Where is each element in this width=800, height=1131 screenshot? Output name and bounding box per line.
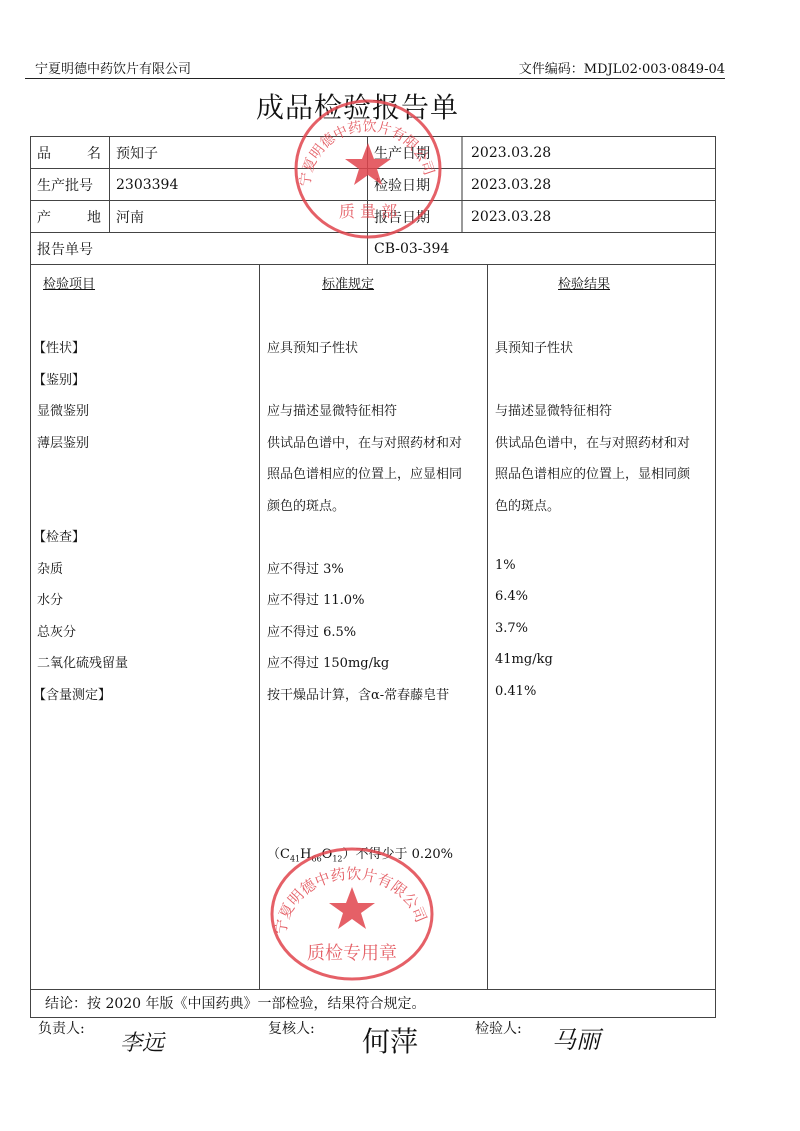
result-text: 1% <box>495 558 516 573</box>
standard-text: 应不得过 11.0% <box>267 589 364 608</box>
report-date-label: 报告日期 <box>367 201 461 232</box>
conclusion: 结论：按 2020 年版《中国药典》一部检验，结果符合规定。 <box>31 989 715 1016</box>
test-item: 【检查】 <box>33 526 85 545</box>
formula-o-sub: 12 <box>332 855 342 864</box>
result-text: 3.7% <box>495 621 528 636</box>
origin-label-a: 产 <box>37 207 51 227</box>
result-text: 与描述显微特征相符 <box>495 400 612 419</box>
report-number-label: 报告单号 <box>31 233 367 264</box>
result-text: 供试品色谱中，在与对照药材和对 <box>495 432 690 451</box>
assay-formula: （C41H66O12）不得少于 0.20% <box>267 843 453 864</box>
test-item: 【鉴别】 <box>33 369 85 388</box>
standard-text: 应不得过 150mg/kg <box>267 652 389 671</box>
info-row-batch: 生产批号 2303394 检验日期 2023.03.28 <box>31 169 715 201</box>
standard-text: 照品色谱相应的位置上，应显相同 <box>267 463 462 482</box>
result-text: 照品色谱相应的位置上，显相同颜 <box>495 463 690 482</box>
result-text: 色的斑点。 <box>495 495 560 514</box>
item-column-header: 检验项目 <box>43 273 95 292</box>
info-row-report-no: 报告单号 CB-03-394 <box>31 233 715 265</box>
formula-h-sub: 66 <box>311 855 321 864</box>
responsible-signature: 李远 <box>120 1026 164 1057</box>
responsible-label: 负责人: <box>38 1018 85 1038</box>
standard-column-header: 标准规定 <box>322 273 374 292</box>
origin-label: 产 地 <box>31 201 109 232</box>
report-number-value: CB-03-394 <box>367 233 715 264</box>
origin-label-b: 地 <box>87 207 101 227</box>
result-text: 具预知子性状 <box>495 337 573 356</box>
test-item: 【性状】 <box>33 337 85 356</box>
formula-o: O <box>322 847 333 862</box>
batch-value: 2303394 <box>109 169 367 200</box>
formula-c-sub: 41 <box>290 855 300 864</box>
result-column-header: 检验结果 <box>558 273 610 292</box>
page-title: 成品检验报告单 <box>0 86 715 126</box>
formula-h: H <box>300 847 311 862</box>
document-code: 文件编码：MDJL02·003·0849-04 <box>519 58 725 77</box>
name-label-a: 品 <box>37 143 51 163</box>
test-item: 杂质 <box>37 558 63 577</box>
test-item: 【含量测定】 <box>33 684 111 703</box>
standard-text: 应与描述显微特征相符 <box>267 400 397 419</box>
test-item: 总灰分 <box>37 621 76 640</box>
standard-text: 应不得过 6.5% <box>267 621 356 640</box>
formula-close: ）不得少于 0.20% <box>343 847 453 862</box>
inspector-label: 检验人: <box>475 1018 522 1038</box>
test-item: 显微鉴别 <box>37 400 89 419</box>
test-date-value: 2023.03.28 <box>461 169 715 200</box>
test-item: 薄层鉴别 <box>37 432 89 451</box>
company-name: 宁夏明德中药饮片有限公司 <box>35 58 191 77</box>
report-date-value: 2023.03.28 <box>461 201 715 232</box>
test-date-label: 检验日期 <box>367 169 461 200</box>
name-value: 预知子 <box>109 137 367 168</box>
reviewer-label: 复核人: <box>268 1018 315 1038</box>
standard-text: 颜色的斑点。 <box>267 495 345 514</box>
name-label: 品 名 <box>31 137 109 168</box>
info-row-name: 品 名 预知子 生产日期 2023.03.28 <box>31 137 715 169</box>
result-text: 41mg/kg <box>495 652 553 667</box>
report-table: 品 名 预知子 生产日期 2023.03.28 生产批号 2303394 检验日… <box>30 136 716 1018</box>
standard-text: 按干燥品计算，含α-常春藤皂苷 <box>267 684 449 703</box>
production-date-value: 2023.03.28 <box>461 137 715 168</box>
name-label-b: 名 <box>87 143 101 163</box>
formula-open: （C <box>267 847 290 862</box>
standard-text: 应不得过 3% <box>267 558 344 577</box>
info-row-origin: 产 地 河南 报告日期 2023.03.28 <box>31 201 715 233</box>
reviewer-signature: 何萍 <box>362 1020 418 1060</box>
test-item: 二氧化硫残留量 <box>37 652 128 671</box>
test-item: 水分 <box>37 589 63 608</box>
standard-text: 供试品色谱中，在与对照药材和对 <box>267 432 462 451</box>
batch-label: 生产批号 <box>31 169 109 200</box>
origin-value: 河南 <box>109 201 367 232</box>
inspector-signature: 马丽 <box>552 1020 600 1055</box>
page-header: 宁夏明德中药饮片有限公司 文件编码：MDJL02·003·0849-04 <box>25 58 725 79</box>
standard-text: 应具预知子性状 <box>267 337 358 356</box>
result-text: 6.4% <box>495 589 528 604</box>
result-text: 0.41% <box>495 684 536 699</box>
production-date-label: 生产日期 <box>367 137 461 168</box>
